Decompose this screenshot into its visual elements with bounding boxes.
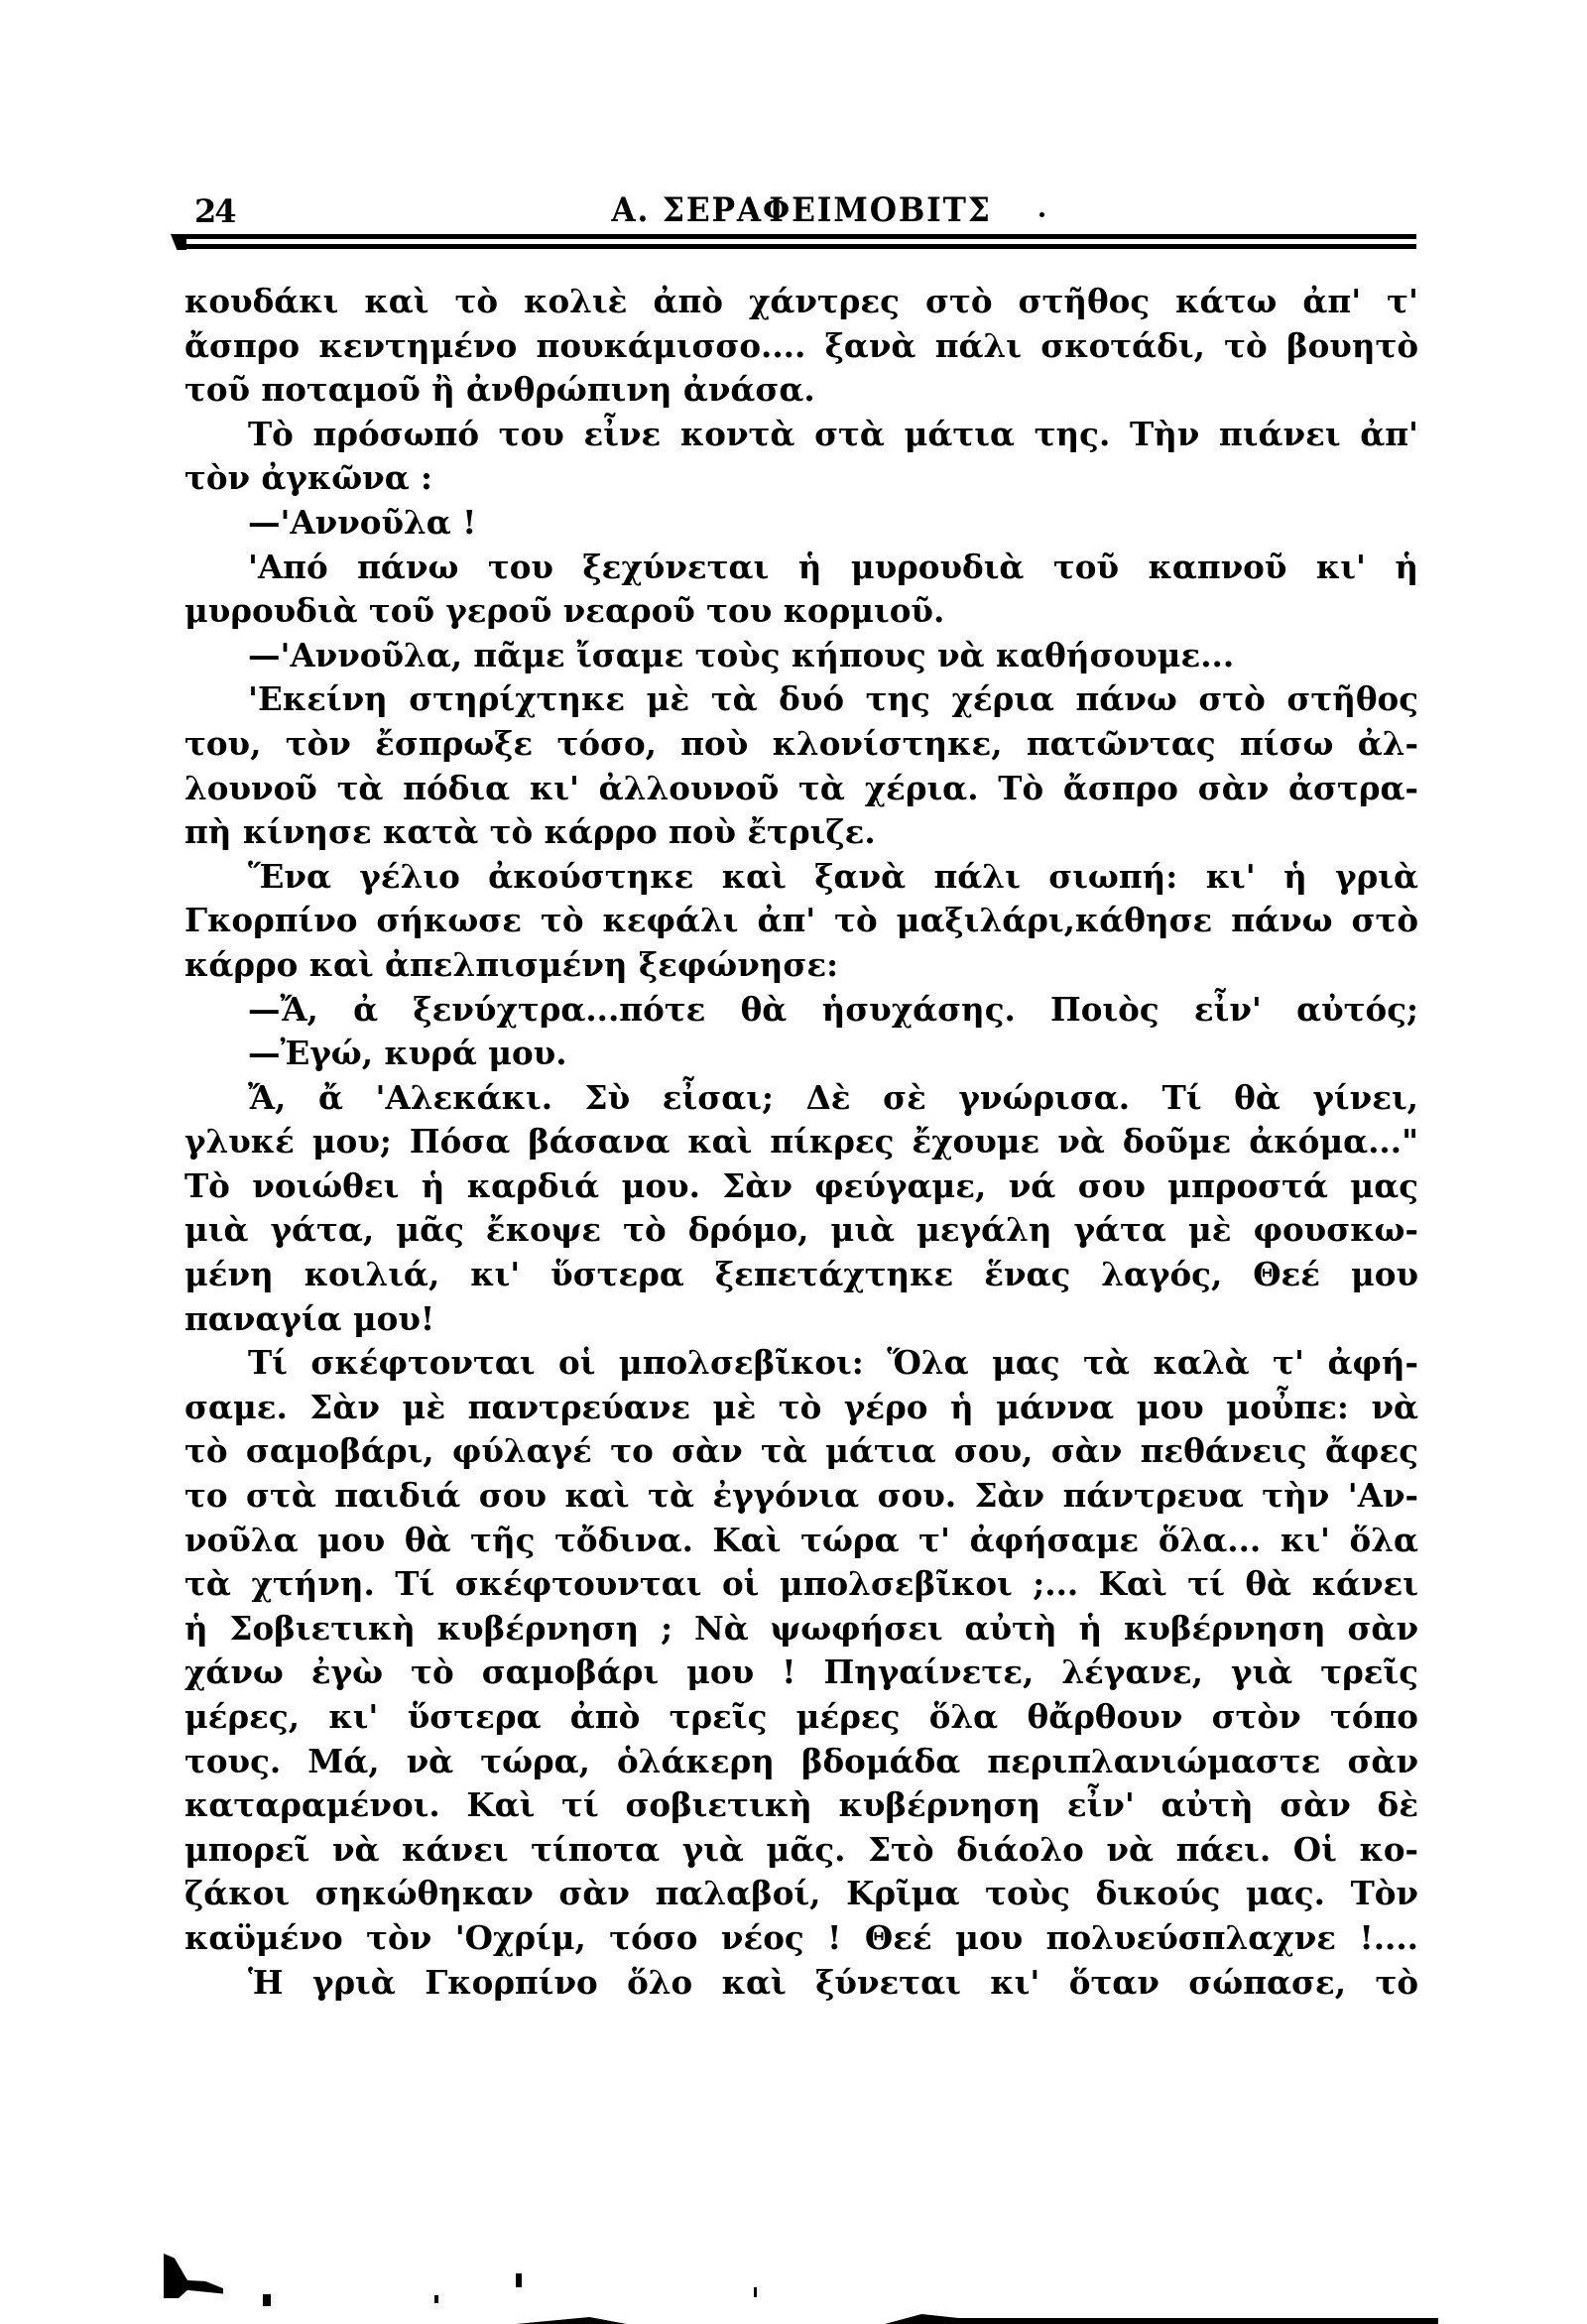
text-line: τοῦ ποταμοῦ ἢ ἀνθρώπινη ἀνάσα.: [184, 368, 1418, 413]
text-line: ἄσπρο κεντημένο πουκάμισσο.... ξανὰ πάλι…: [184, 324, 1418, 369]
text-line: καταραμένοι. Καὶ τί σοβιετικὴ κυβέρνηση …: [184, 1783, 1418, 1828]
text-line: μέρες, κι' ὕστερα ἀπὸ τρεῖς μέρες ὅλα θἄ…: [184, 1695, 1418, 1740]
scan-blot: [164, 2254, 223, 2298]
text-line: Ἕνα γέλιο ἀκούστηκε καὶ ξανὰ πάλι σιωπή:…: [184, 855, 1418, 900]
text-line: γλυκέ μου; Πόσα βάσανα καὶ πίκρες ἔχουμε…: [184, 1120, 1418, 1164]
text-line: παναγία μου!: [184, 1297, 1418, 1342]
text-line: τὰ χτήνη. Τί σκέφτουνται οἱ μπολσεβῖκοι …: [184, 1562, 1418, 1607]
text-line: ζάκοι σηκώθηκαν σὰν παλαβοί, Κρῖμα τοὺς …: [184, 1872, 1418, 1916]
text-line: χάνω ἐγὼ τὸ σαμοβάρι μου ! Πηγαίνετε, λέ…: [184, 1651, 1418, 1695]
text-line: Γκορπίνο σήκωσε τὸ κεφάλι ἀπ' τὸ μαξιλάρ…: [184, 899, 1418, 943]
header-rule-bottom: [179, 244, 1416, 249]
text-line: ἡ Σοβιετικὴ κυβέρνηση ; Νὰ ψωφήσει αὐτὴ …: [184, 1607, 1418, 1651]
running-title: Α. ΣΕΡΑΦΕΙΜΟΒΙΤΣ: [236, 190, 1368, 230]
text-line: μπορεῖ νὰ κάνει τίποτα γιὰ μᾶς. Στὸ διάο…: [184, 1828, 1418, 1873]
scan-speck: [263, 2294, 271, 2306]
text-line: νοῦλα μου θὰ τῆς τὄδινα. Καὶ τώρα τ' ἀφή…: [184, 1519, 1418, 1563]
scan-speck: [434, 2295, 438, 2303]
text-line: μένη κοιλιά, κι' ὕστερα ξεπετάχτηκε ἕνας…: [184, 1253, 1418, 1297]
text-line: Ἄ, ἄ 'Αλεκάκι. Σὺ εἶσαι; Δὲ σὲ γνώρισα. …: [184, 1076, 1418, 1121]
text-line: τὸ σαμοβάρι, φύλαγέ το σὰν τὰ μάτια σου,…: [184, 1429, 1418, 1474]
dialogue-line: —'Αννοῦλα !: [184, 501, 1418, 546]
dialogue-line: —Ἐγώ, κυρά μου.: [184, 1032, 1418, 1076]
text-line: Ἡ γριὰ Γκορπίνο ὅλο καὶ ξύνεται κι' ὅταν…: [184, 1961, 1418, 2006]
text-line: τους. Μά, νὰ τώρα, ὁλάκερη βδομάδα περιπ…: [184, 1740, 1418, 1784]
scan-speck: [754, 2287, 757, 2297]
text-line: λουνοῦ τὰ πόδια κι' ἀλλουνοῦ τὰ χέρια. Τ…: [184, 767, 1418, 811]
text-line: Τὸ πρόσωπό του εἶνε κοντὰ στὰ μάτια της.…: [184, 413, 1418, 457]
text-line: κουδάκι καὶ τὸ κολιὲ ἀπὸ χάντρες στὸ στῆ…: [184, 280, 1418, 324]
text-line: 'Εκείνη στηρίχτηκε μὲ τὰ δυό της χέρια π…: [184, 677, 1418, 722]
text-line: κάρρο καὶ ἀπελπισμένη ξεφώνησε:: [184, 943, 1418, 988]
book-page: 24 Α. ΣΕΡΑΦΕΙΜΟΒΙΤΣ κουδάκι καὶ τὸ κολιὲ…: [0, 0, 1587, 2324]
text-line: σαμε. Σὰν μὲ παντρεύανε μὲ τὸ γέρο ἡ μάν…: [184, 1386, 1418, 1430]
body-text: κουδάκι καὶ τὸ κολιὲ ἀπὸ χάντρες στὸ στῆ…: [184, 280, 1418, 2005]
text-line: τὸν ἀγκῶνα :: [184, 456, 1418, 501]
scan-edge-bar: [516, 2314, 1438, 2324]
scan-speck: [516, 2273, 522, 2287]
dialogue-line: —'Αννοῦλα, πᾶμε ἴσαμε τοὺς κήπους νὰ καθ…: [184, 634, 1418, 678]
header-rule-top: [179, 234, 1416, 239]
text-line: πὴ κίνησε κατὰ τὸ κάρρο ποὺ ἔτριζε.: [184, 810, 1418, 855]
text-line: Τὸ νοιώθει ἡ καρδιά μου. Σὰν φεύγαμε, νά…: [184, 1164, 1418, 1209]
text-line: καϋμένο τὸν 'Οχρίμ, τόσο νέος ! Θεέ μου …: [184, 1916, 1418, 1961]
running-head: 24 Α. ΣΕΡΑΦΕΙΜΟΒΙΤΣ: [186, 186, 1416, 236]
text-line: μιὰ γάτα, μᾶς ἔκοψε τὸ δρόμο, μιὰ μεγάλη…: [184, 1208, 1418, 1253]
page-number: 24: [194, 192, 235, 230]
dialogue-line: —Ἄ, ἀ ξενύχτρα...πότε θὰ ἡσυχάσης. Ποιὸς…: [184, 988, 1418, 1033]
text-line: μυρουδιὰ τοῦ γεροῦ νεαροῦ του κορμιοῦ.: [184, 589, 1418, 634]
text-line: 'Από πάνω του ξεχύνεται ἡ μυρουδιὰ τοῦ κ…: [184, 546, 1418, 590]
text-line: Τί σκέφτονται οἱ μπολσεβῖκοι: Ὅλα μας τὰ…: [184, 1341, 1418, 1386]
text-line: το στὰ παιδιά σου καὶ τὰ ἐγγόνια σου. Σὰ…: [184, 1474, 1418, 1519]
text-line: του, τὸν ἔσπρωξε τόσο, ποὺ κλονίστηκε, π…: [184, 722, 1418, 767]
stray-dot: [1039, 212, 1044, 217]
